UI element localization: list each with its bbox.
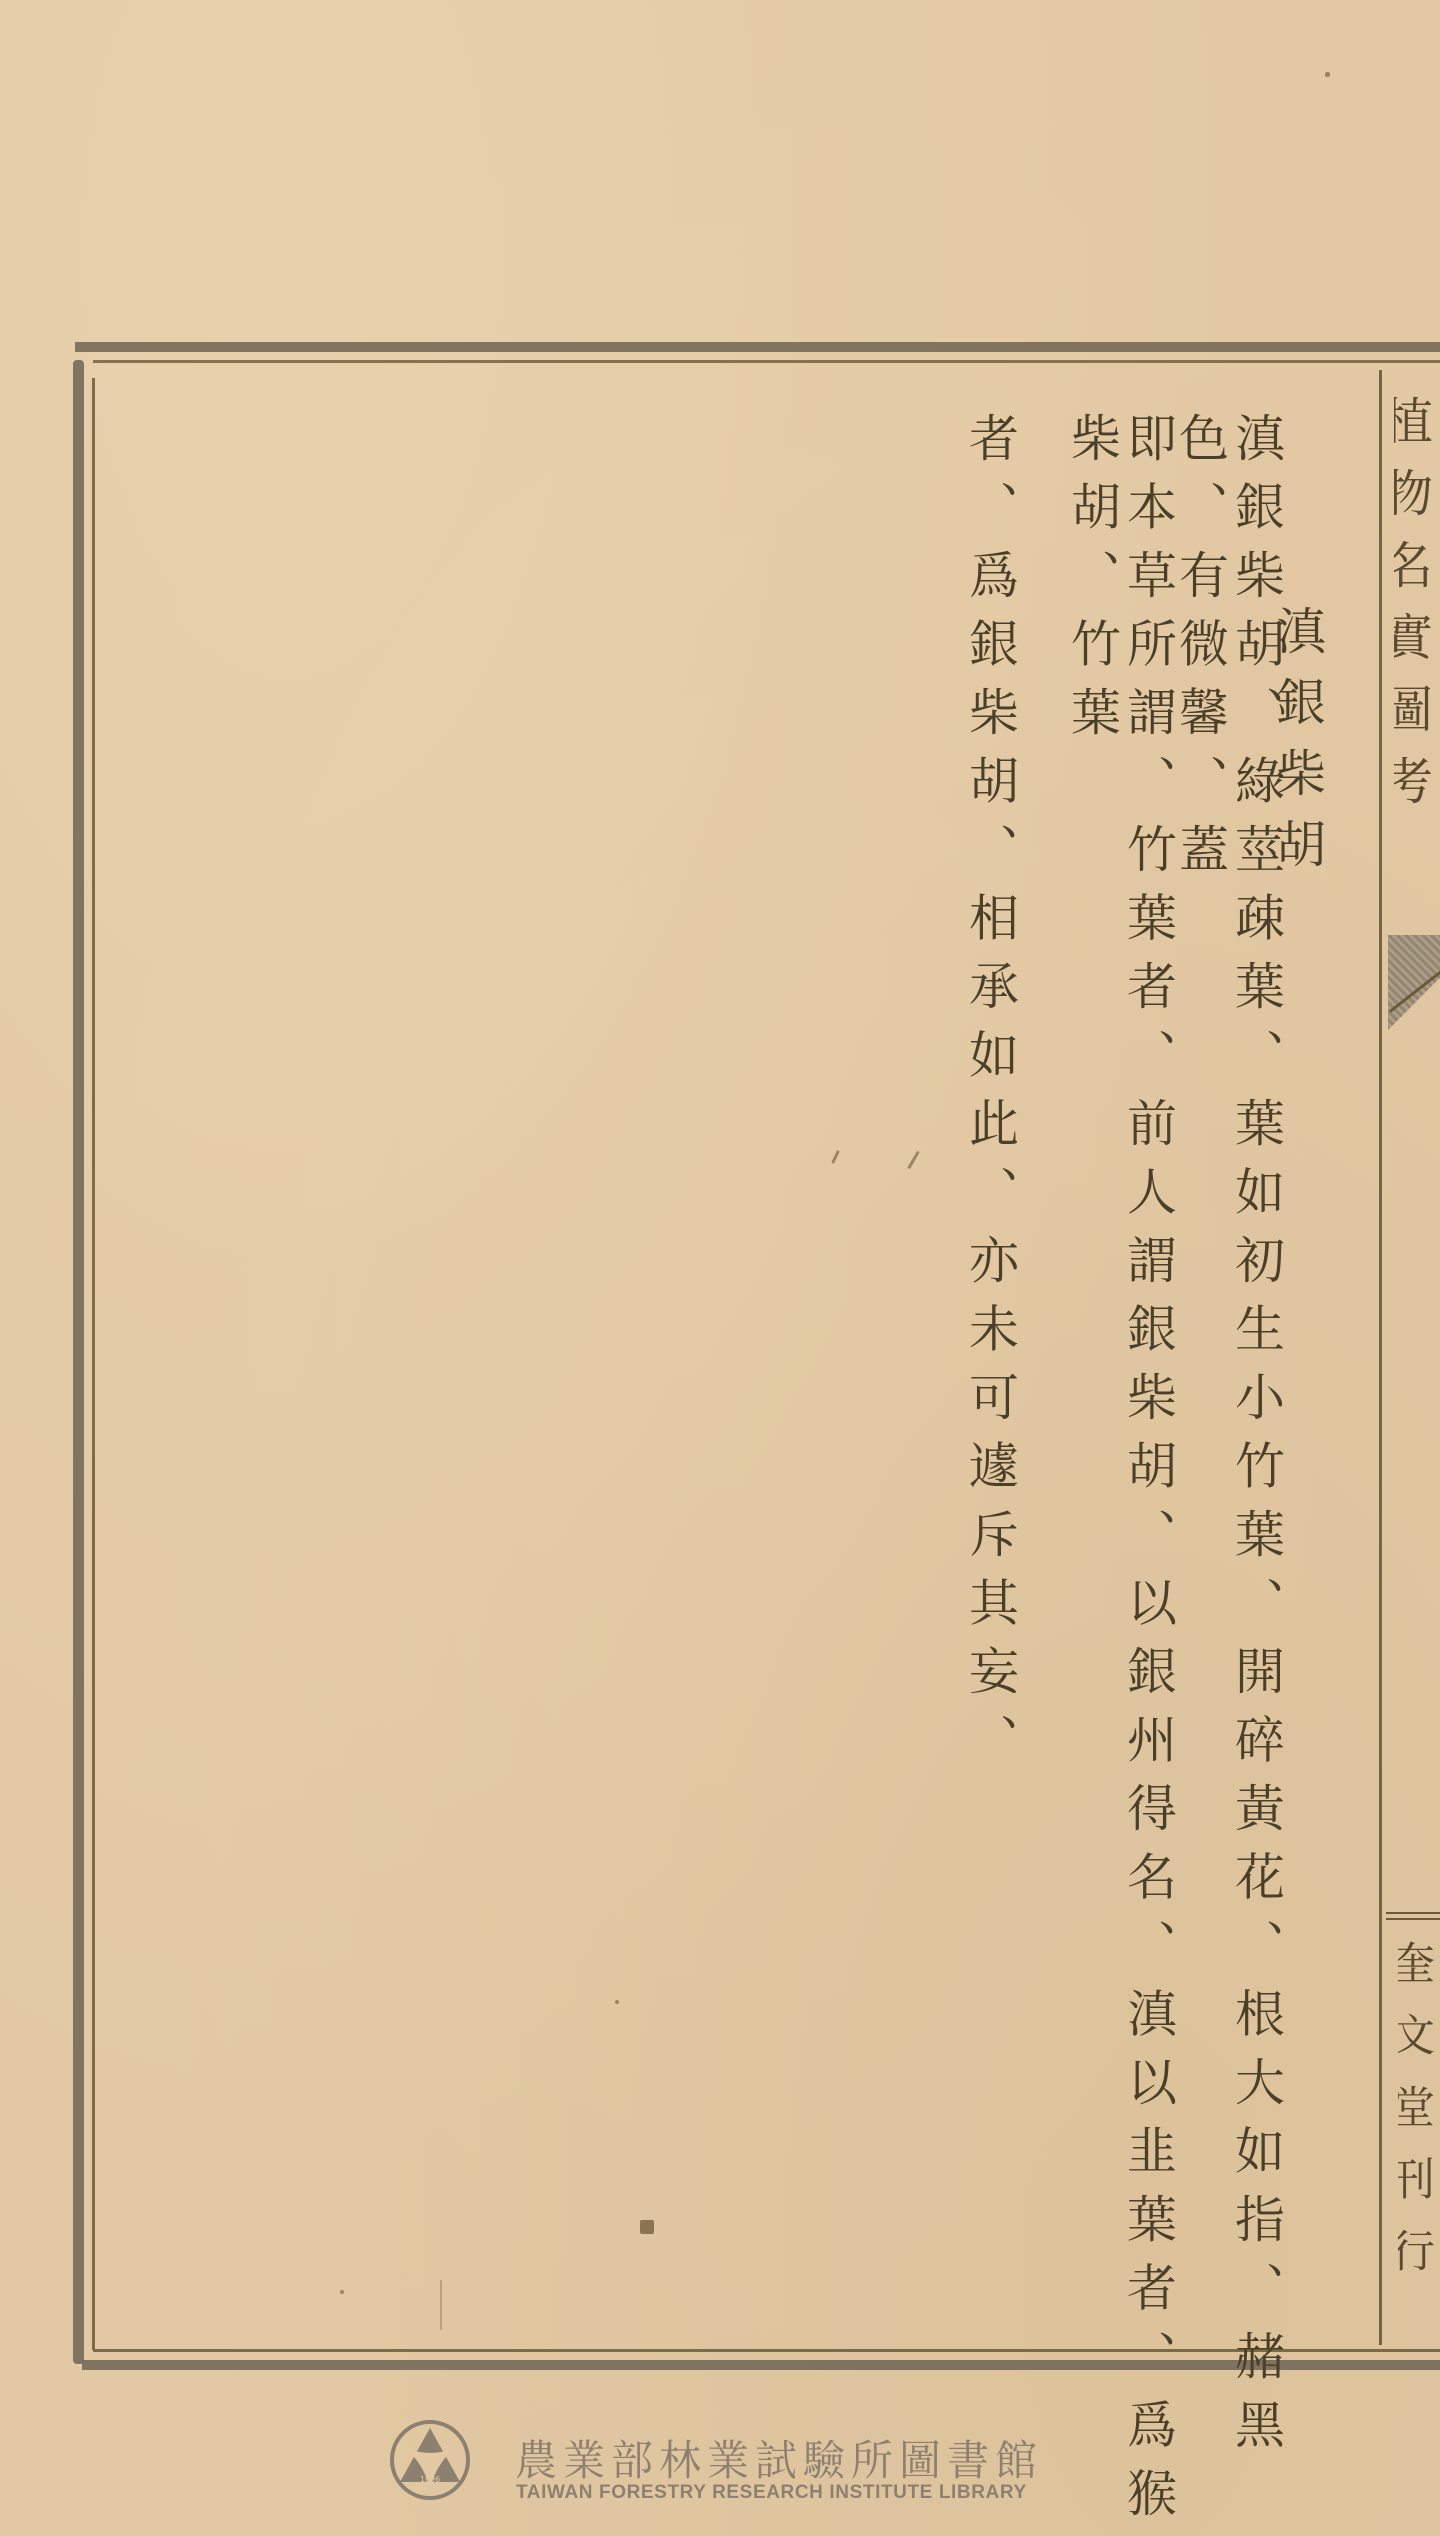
book-title-margin: 植物名實圖考	[1394, 395, 1440, 915]
paper-speck	[1325, 72, 1330, 77]
margin-rule-lower	[1386, 1918, 1440, 1920]
text-column-3: 者、爲銀柴胡、相承如此、亦未可遽斥其妄、	[962, 412, 1018, 1782]
library-logo-icon: 1896	[380, 2410, 480, 2510]
paper-fiber	[831, 1150, 840, 1164]
publisher-margin: 奎文堂刊行	[1398, 1940, 1440, 2330]
frame-inner-top-line	[93, 360, 1440, 363]
frame-outer-left-border	[73, 360, 84, 2364]
frame-inner-left-line	[92, 378, 95, 2350]
frame-center-fold-line	[1379, 370, 1382, 2345]
paper-fiber	[907, 1151, 920, 1170]
paper-speck	[615, 2000, 619, 2004]
library-name-en: TAIWAN FORESTRY RESEARCH INSTITUTE LIBRA…	[516, 2482, 1027, 2504]
paper-speck	[640, 2220, 654, 2234]
fishtail-ornament-icon	[1388, 935, 1440, 1030]
text-column-1: 滇銀柴胡、綠莖疎葉、葉如初生小竹葉、開碎黃花、根大如指、赭黑色、有微馨、蓋	[1172, 412, 1284, 2536]
text-column-2: 即本草所謂、竹葉者、前人謂銀柴胡、以銀州得名、滇以韭葉者、爲猴柴胡、竹葉	[1064, 412, 1176, 2536]
paper-fiber	[440, 2280, 442, 2330]
library-name-cn: 農業部林業試驗所圖書館	[515, 2428, 1043, 2488]
paper-speck	[340, 2290, 344, 2294]
margin-rule-upper	[1386, 1912, 1440, 1914]
svg-text:1896: 1896	[420, 2475, 440, 2484]
frame-outer-top-border	[75, 342, 1440, 352]
